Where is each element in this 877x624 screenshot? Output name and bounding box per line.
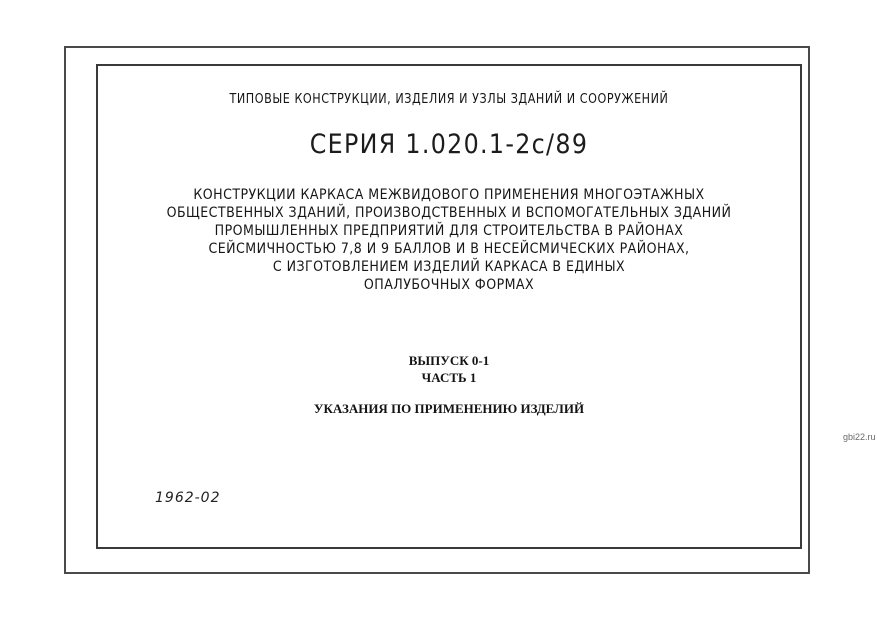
description-line: СЕЙСМИЧНОСТЬЮ 7,8 И 9 БАЛЛОВ И В НЕСЕЙСМ… bbox=[131, 240, 766, 258]
header-title: ТИПОВЫЕ КОНСТРУКЦИИ, ИЗДЕЛИЯ И УЗЛЫ ЗДАН… bbox=[124, 91, 774, 107]
description-line: ОБЩЕСТВЕННЫХ ЗДАНИЙ, ПРОИЗВОДСТВЕННЫХ И … bbox=[131, 204, 766, 222]
document-subtitle: УКАЗАНИЯ ПО ПРИМЕНЕНИЮ ИЗДЕЛИЙ bbox=[96, 401, 802, 417]
description-line: КОНСТРУКЦИИ КАРКАСА МЕЖВИДОВОГО ПРИМЕНЕН… bbox=[131, 186, 766, 204]
part-number: ЧАСТЬ 1 bbox=[96, 370, 802, 386]
description-line: ПРОМЫШЛЕННЫХ ПРЕДПРИЯТИЙ ДЛЯ СТРОИТЕЛЬСТ… bbox=[131, 222, 766, 240]
series-title: СЕРИЯ 1.020.1-2с/89 bbox=[138, 129, 759, 160]
description-line: С ИЗГОТОВЛЕНИЕМ ИЗДЕЛИЙ КАРКАСА В ЕДИНЫХ bbox=[131, 258, 766, 276]
issue-number: ВЫПУСК 0-1 bbox=[96, 353, 802, 369]
handwritten-note: 1962-02 bbox=[155, 490, 221, 506]
description-line: ОПАЛУБОЧНЫХ ФОРМАХ bbox=[131, 276, 766, 294]
watermark: gbi22.ru bbox=[843, 432, 876, 442]
